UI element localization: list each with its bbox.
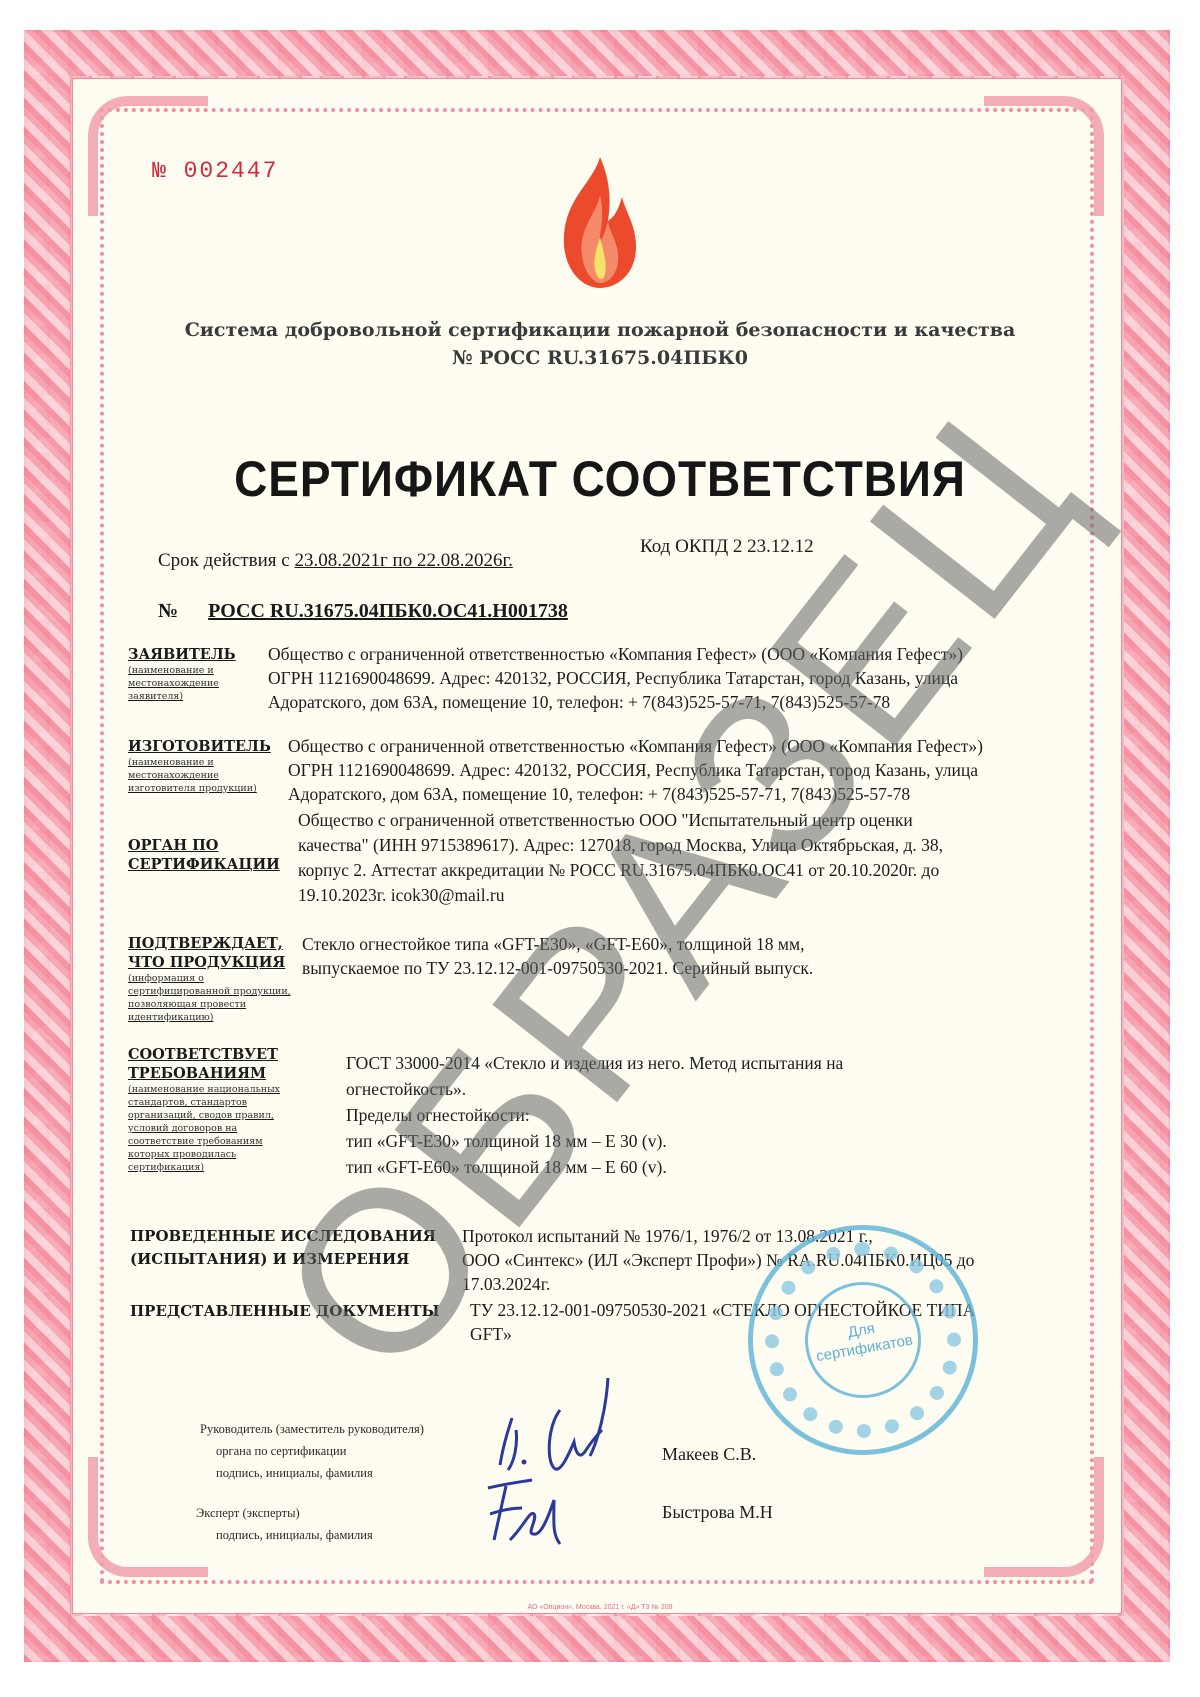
requirements-label: СООТВЕТСТВУЕТ ТРЕБОВАНИЯМ (наименование … (128, 1045, 303, 1174)
validity-from: 23.08.2021г (294, 550, 387, 571)
manufacturer-heading: ИЗГОТОВИТЕЛЬ (128, 738, 271, 755)
requirements-heading-line2: ТРЕБОВАНИЯМ (128, 1064, 303, 1083)
flame-logo-icon (552, 155, 648, 290)
tests-label: ПРОВЕДЕННЫЕ ИССЛЕДОВАНИЯ (ИСПЫТАНИЯ) И И… (130, 1225, 436, 1271)
corner-ornament (88, 96, 208, 216)
text-line: ОГРН 1121690048699. Адрес: 420132, РОССИ… (288, 758, 983, 782)
certification-body-label: ОРГАН ПО СЕРТИФИКАЦИИ (128, 836, 280, 874)
documents-label: ПРЕДСТАВЛЕННЫЕ ДОКУМЕНТЫ (130, 1300, 440, 1323)
text-line: выпускаемое по ТУ 23.12.12-001-09750530-… (302, 956, 813, 980)
form-serial-number: № 002447 (152, 158, 278, 184)
text-line: качества" (ИНН 9715389617). Адрес: 12701… (298, 833, 943, 858)
certification-system-name: Система добровольной сертификации пожарн… (0, 316, 1200, 372)
product-subcaption: (информация о сертифицированной продукци… (128, 972, 298, 1024)
expert-signature-icon (480, 1470, 590, 1550)
caption-line: Эксперт (эксперты) (196, 1502, 373, 1524)
applicant-details: Общество с ограниченной ответственностью… (268, 642, 963, 714)
certificate-number: №РОСС RU.31675.04ПБК0.ОС41.Н001738 (158, 600, 568, 623)
product-details: Стекло огнестойкое типа «GFT-E30», «GFT-… (302, 932, 813, 980)
head-name: Макеев С.В. (662, 1444, 756, 1465)
validity-period: Срок действия с 23.08.2021г по 22.08.202… (158, 550, 513, 572)
validity-prefix: Срок действия с (158, 550, 294, 571)
document-title: СЕРТИФИКАТ СООТВЕТСТВИЯ (48, 450, 1152, 508)
caption-line: органа по сертификации (200, 1440, 424, 1462)
okpd-code: Код ОКПД 2 23.12.12 (640, 536, 814, 558)
product-heading-line2: ЧТО ПРОДУКЦИЯ (128, 953, 298, 972)
head-signature-icon (490, 1370, 630, 1480)
validity-middle: по (388, 550, 417, 571)
applicant-label: ЗАЯВИТЕЛЬ (наименование и местонахождени… (128, 645, 258, 703)
system-title: Система добровольной сертификации пожарн… (0, 316, 1200, 344)
text-line: тип «GFT-E30» толщиной 18 мм – Е 30 (v). (346, 1128, 843, 1154)
text-line: тип «GFT-E60» толщиной 18 мм – Е 60 (v). (346, 1154, 843, 1180)
text-line: ГОСТ 33000-2014 «Стекло и изделия из нег… (346, 1050, 843, 1076)
certification-stamp: Для сертификатов (748, 1225, 978, 1455)
manufacturer-label: ИЗГОТОВИТЕЛЬ (наименование и местонахожд… (128, 737, 288, 795)
number-sign: № (158, 600, 178, 622)
text-line: Общество с ограниченной ответственностью… (268, 642, 963, 666)
text-line: Адоратского, дом 63А, помещение 10, теле… (268, 690, 963, 714)
text-line: 19.10.2023г. icok30@mail.ru (298, 883, 943, 908)
certificate-number-value: РОСС RU.31675.04ПБК0.ОС41.Н001738 (208, 600, 568, 622)
requirements-subcaption: (наименование национальных стандартов, с… (128, 1083, 303, 1174)
caption-line: Руководитель (заместитель руководителя) (200, 1418, 424, 1440)
text-line: Пределы огнестойкости: (346, 1102, 843, 1128)
text-line: ОГРН 1121690048699. Адрес: 420132, РОССИ… (268, 666, 963, 690)
printer-imprint: АО «Опцион», Москва, 2021 г. «Д» Т3 № 20… (0, 1604, 1200, 1611)
corner-ornament (984, 96, 1104, 216)
cert-body-heading-line2: СЕРТИФИКАЦИИ (128, 855, 280, 874)
validity-to: 22.08.2026г. (417, 550, 513, 571)
certification-body-details: Общество с ограниченной ответственностью… (298, 808, 943, 908)
tests-heading-line2: (ИСПЫТАНИЯ) И ИЗМЕРЕНИЯ (130, 1248, 436, 1271)
product-label: ПОДТВЕРЖДАЕТ, ЧТО ПРОДУКЦИЯ (информация … (128, 934, 298, 1024)
head-signature-caption: Руководитель (заместитель руководителя) … (200, 1418, 424, 1484)
stamp-text: Для сертификатов (752, 1303, 975, 1377)
caption-line: подпись, инициалы, фамилия (200, 1462, 424, 1484)
cert-body-heading-line1: ОРГАН ПО (128, 836, 280, 855)
tests-heading-line1: ПРОВЕДЕННЫЕ ИССЛЕДОВАНИЯ (130, 1225, 436, 1248)
corner-ornament (88, 1457, 208, 1577)
product-heading-line1: ПОДТВЕРЖДАЕТ, (128, 934, 298, 953)
manufacturer-subcaption: (наименование и местонахождение изготови… (128, 756, 288, 795)
applicant-heading: ЗАЯВИТЕЛЬ (128, 646, 236, 663)
manufacturer-details: Общество с ограниченной ответственностью… (288, 734, 983, 806)
text-line: Общество с ограниченной ответственностью… (288, 734, 983, 758)
text-line: Адоратского, дом 63А, помещение 10, теле… (288, 782, 983, 806)
system-registration-number: № РОСС RU.31675.04ПБК0 (0, 344, 1200, 372)
caption-line: подпись, инициалы, фамилия (196, 1524, 373, 1546)
expert-name: Быстрова М.Н (662, 1502, 773, 1523)
requirements-details: ГОСТ 33000-2014 «Стекло и изделия из нег… (346, 1050, 843, 1180)
text-line: Стекло огнестойкое типа «GFT-E30», «GFT-… (302, 932, 813, 956)
expert-signature-caption: Эксперт (эксперты) подпись, инициалы, фа… (196, 1502, 373, 1546)
text-line: огнестойкость». (346, 1076, 843, 1102)
applicant-subcaption: (наименование и местонахождение заявител… (128, 664, 258, 703)
requirements-heading-line1: СООТВЕТСТВУЕТ (128, 1045, 303, 1064)
text-line: корпус 2. Аттестат аккредитации № РОСС R… (298, 858, 943, 883)
text-line: Общество с ограниченной ответственностью… (298, 808, 943, 833)
corner-ornament (984, 1457, 1104, 1577)
